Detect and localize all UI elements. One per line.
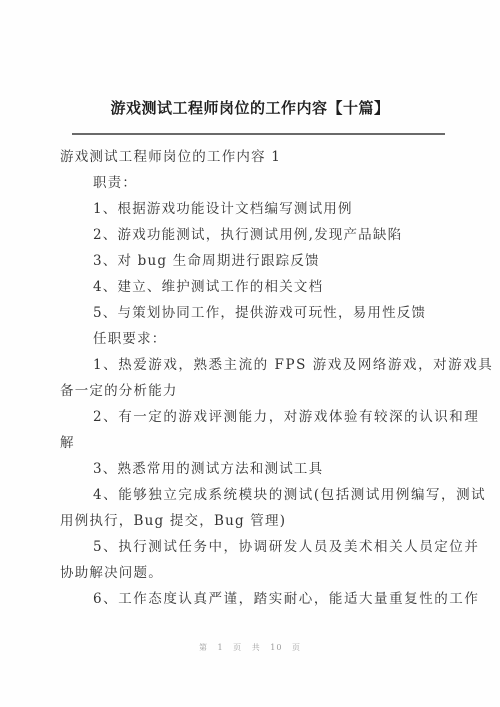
requirement-item: 4、能够独立完成系统模块的测试(包括测试用例编写，测试 [60,482,440,508]
section-heading: 游戏测试工程师岗位的工作内容 1 [60,144,440,170]
requirement-item: 2、有一定的游戏评测能力，对游戏体验有较深的认识和理 [60,404,440,430]
requirement-item-continued: 解 [60,430,440,456]
requirement-item: 6、工作态度认真严谨，踏实耐心，能适大量重复性的工作 [60,586,440,612]
duty-item: 1、根据游戏功能设计文档编写测试用例 [60,196,440,222]
requirement-item: 3、熟悉常用的测试方法和测试工具 [60,456,440,482]
duties-label: 职责： [60,170,440,196]
requirement-item: 5、执行测试任务中，协调研发人员及美术相关人员定位并 [60,534,440,560]
duty-item: 5、与策划协同工作，提供游戏可玩性，易用性反馈 [60,300,440,326]
title-divider [72,133,445,135]
duty-item: 3、对 bug 生命周期进行跟踪反馈 [60,248,440,274]
duty-item: 4、建立、维护测试工作的相关文档 [60,274,440,300]
requirement-item-continued: 备一定的分析能力 [60,378,440,404]
requirement-item-continued: 协助解决问题。 [60,560,440,586]
document-title: 游戏测试工程师岗位的工作内容【十篇】 [0,97,500,118]
requirements-label: 任职要求： [60,326,440,352]
requirement-item: 1、热爱游戏，熟悉主流的 FPS 游戏及网络游戏，对游戏具 [60,352,440,378]
document-body: 游戏测试工程师岗位的工作内容 1 职责： 1、根据游戏功能设计文档编写测试用例 … [60,144,440,612]
page-number-footer: 第 1 页 共 10 页 [0,642,500,653]
duty-item: 2、游戏功能测试，执行测试用例,发现产品缺陷 [60,222,440,248]
requirement-item-continued: 用例执行，Bug 提交，Bug 管理) [60,508,440,534]
document-page: 游戏测试工程师岗位的工作内容【十篇】 游戏测试工程师岗位的工作内容 1 职责： … [0,0,500,707]
